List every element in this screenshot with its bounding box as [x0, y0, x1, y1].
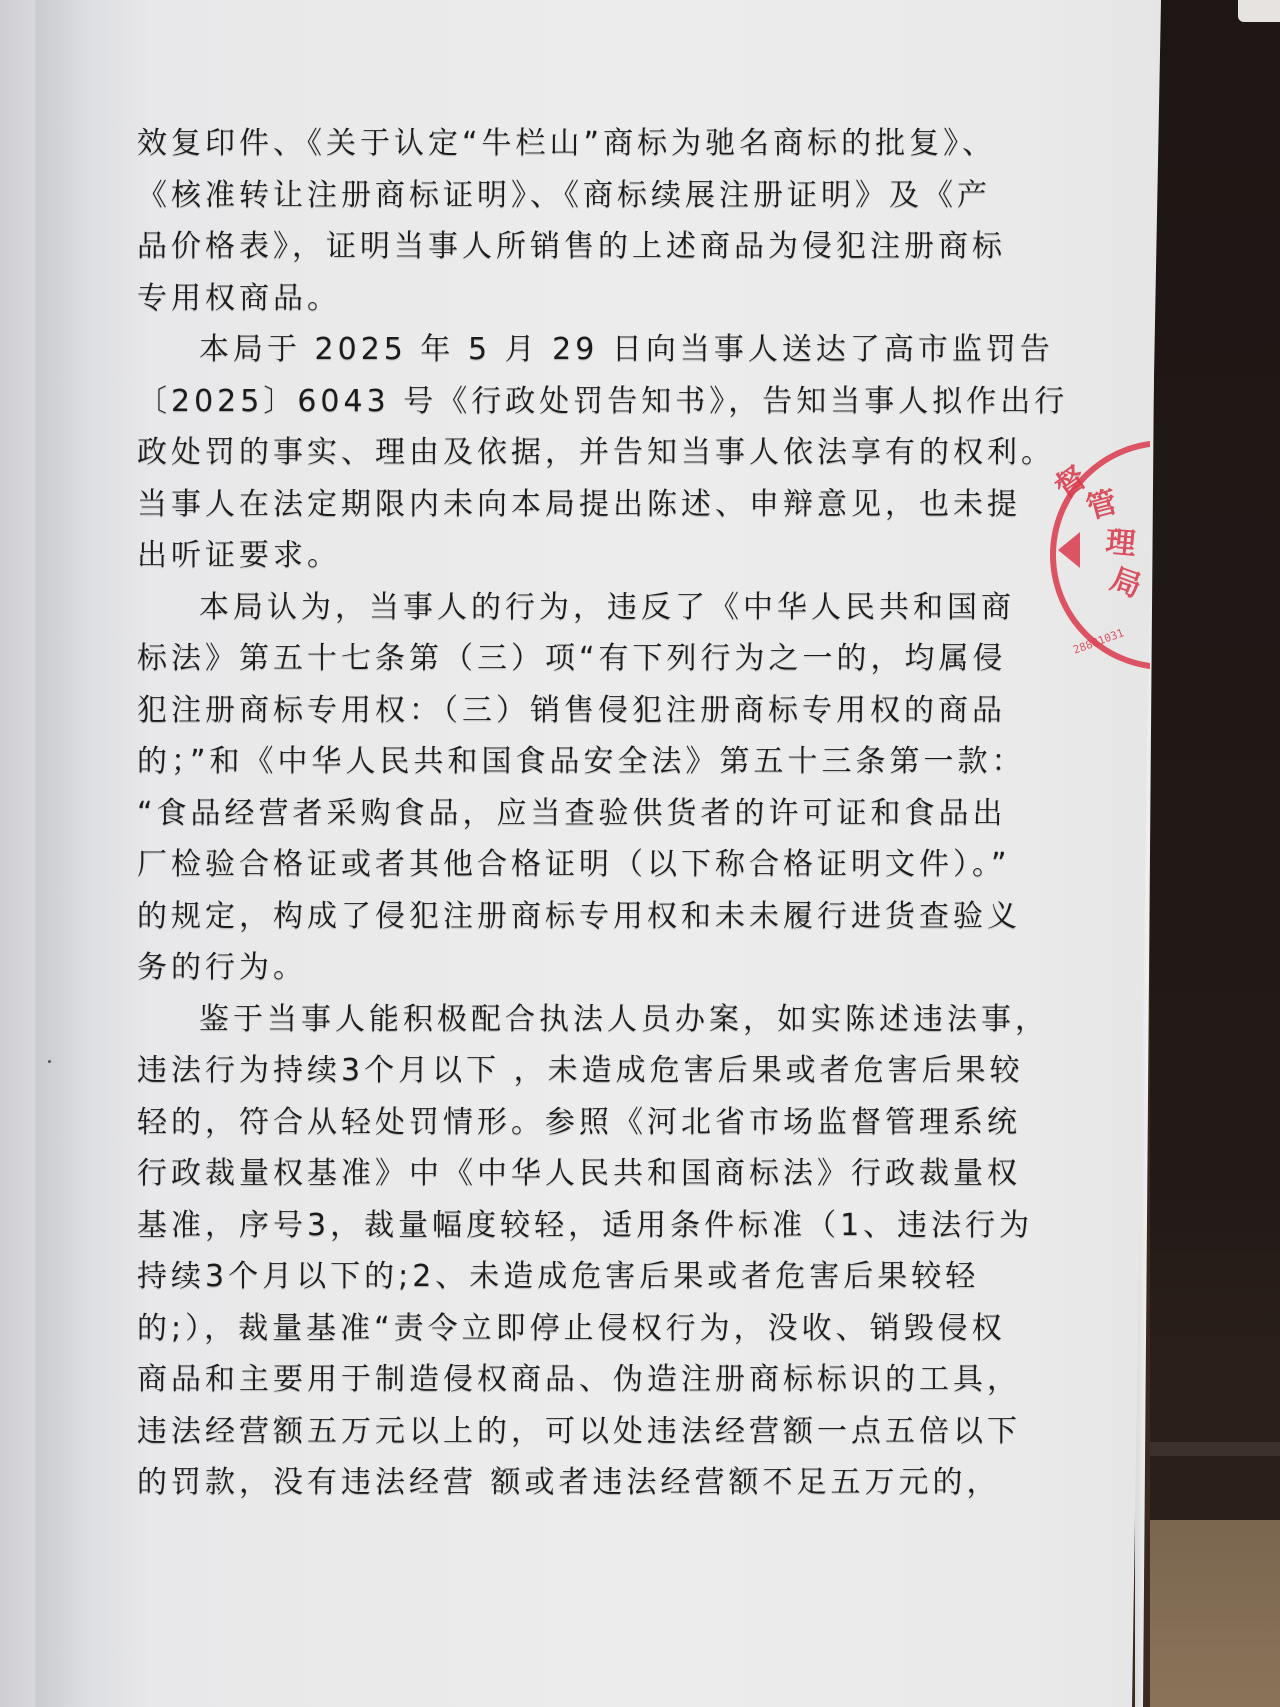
- text-line: 行政裁量权基准》中《中华人民共和国商标法》行政裁量权: [137, 1148, 967, 1200]
- text-line: 专用权商品。: [137, 273, 967, 325]
- paragraph-mitigation: 鉴于当事人能积极配合执法人员办案，如实陈述违法事， 违法行为持续3个月以下 ，未…: [137, 994, 967, 1509]
- official-seal: 督 管 理 局 28881031: [1050, 440, 1150, 680]
- text-line: 品价格表》，证明当事人所销售的上述商品为侵犯注册商标: [137, 221, 967, 273]
- paper-speck: [48, 1060, 51, 1063]
- background-shelf-edge: [1150, 1442, 1280, 1456]
- text-line: 本局认为，当事人的行为，违反了《中华人民共和国商: [137, 582, 967, 634]
- background-floor: [1150, 1520, 1280, 1707]
- text-line: 违法行为持续3个月以下 ，未造成危害后果或者危害后果较: [137, 1045, 967, 1097]
- paper-corner: [1238, 0, 1280, 22]
- text-line: “食品经营者采购食品，应当查验供货者的许可证和食品出: [137, 788, 967, 840]
- seal-star-icon: [1058, 532, 1080, 568]
- text-line: 效复印件、《关于认定“牛栏山”商标为驰名商标的批复》、: [137, 118, 967, 170]
- left-facing-page: [0, 0, 42, 1707]
- paragraph-legal-finding: 本局认为，当事人的行为，违反了《中华人民共和国商 标法》第五十七条第（三）项“有…: [137, 582, 967, 994]
- text-line: 的罚款，没有违法经营 额或者违法经营额不足五万元的，: [137, 1457, 967, 1509]
- document-body: 效复印件、《关于认定“牛栏山”商标为驰名商标的批复》、 《核准转让注册商标证明》…: [137, 118, 967, 1509]
- text-line: 的；”和《中华人民共和国食品安全法》第五十三条第一款：: [137, 736, 967, 788]
- text-line: 轻的，符合从轻处罚情形。参照《河北省市场监督管理系统: [137, 1097, 967, 1149]
- text-line: 当事人在法定期限内未向本局提出陈述、申辩意见，也未提: [137, 479, 967, 531]
- text-line: 〔2025〕6043 号《行政处罚告知书》，告知当事人拟作出行: [137, 376, 967, 428]
- text-line: 鉴于当事人能积极配合执法人员办案，如实陈述违法事，: [137, 994, 967, 1046]
- text-line: 务的行为。: [137, 942, 967, 994]
- text-line: 出听证要求。: [137, 530, 967, 582]
- text-line: 持续3个月以下的;2、未造成危害后果或者危害后果较轻: [137, 1251, 967, 1303]
- text-line: 违法经营额五万元以上的，可以处违法经营额一点五倍以下: [137, 1406, 967, 1458]
- text-line: 本局于 2025 年 5 月 29 日向当事人送达了高市监罚告: [137, 324, 967, 376]
- text-line: 政处罚的事实、理由及依据，并告知当事人依法享有的权利。: [137, 427, 967, 479]
- text-line: 的规定，构成了侵犯注册商标专用权和未未履行进货查验义: [137, 891, 967, 943]
- text-line: 《核准转让注册商标证明》、《商标续展注册证明》及《产: [137, 170, 967, 222]
- text-line: 基准，序号3，裁量幅度较轻，适用条件标准（1、违法行为: [137, 1200, 967, 1252]
- text-line: 商品和主要用于制造侵权商品、伪造注册商标标识的工具，: [137, 1354, 967, 1406]
- text-line: 犯注册商标专用权：（三）销售侵犯注册商标专用权的商品: [137, 685, 967, 737]
- paragraph-evidence-continuation: 效复印件、《关于认定“牛栏山”商标为驰名商标的批复》、 《核准转让注册商标证明》…: [137, 118, 967, 324]
- text-line: 标法》第五十七条第（三）项“有下列行为之一的，均属侵: [137, 633, 967, 685]
- text-line: 厂检验合格证或者其他合格证明（以下称合格证明文件）。”: [137, 839, 967, 891]
- text-line: 的;），裁量基准“责令立即停止侵权行为，没收、销毁侵权: [137, 1303, 967, 1355]
- paragraph-notice-delivery: 本局于 2025 年 5 月 29 日向当事人送达了高市监罚告 〔2025〕60…: [137, 324, 967, 582]
